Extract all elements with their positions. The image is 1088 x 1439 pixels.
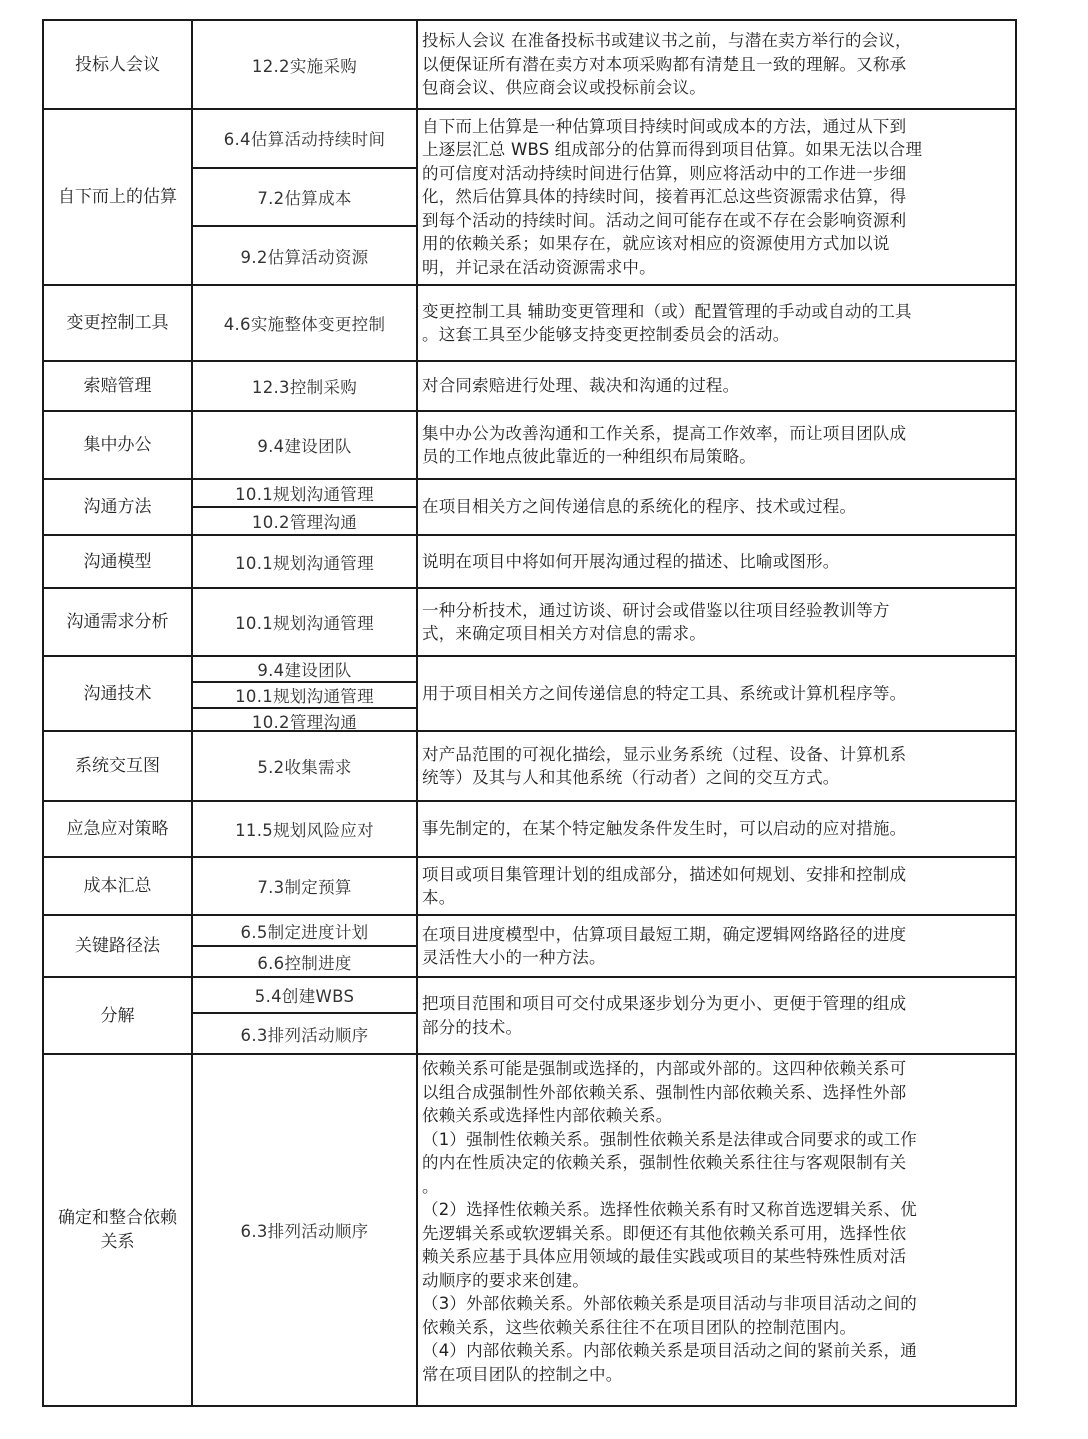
definition-text: 自下而上估算是一种估算项目持续时间或成本的方法，通过从下到 上逐层汇总 WBS … xyxy=(422,115,922,280)
term-cell: 投标人会议 xyxy=(44,21,193,108)
table-row: 确定和整合依赖 关系 6.3排列活动顺序 依赖关系可能是强制或选择的，内部或外部… xyxy=(44,1055,1015,1405)
table-row: 分解 5.4创建WBS 6.3排列活动顺序 把项目范围和项目可交付成果逐步划分为… xyxy=(44,978,1015,1055)
process-cell: 6.5制定进度计划 6.6控制进度 xyxy=(193,916,418,976)
table-row: 沟通方法 10.1规划沟通管理 10.2管理沟通 在项目相关方之间传递信息的系统… xyxy=(44,480,1015,536)
process-cell: 6.4估算活动持续时间 7.2估算成本 9.2估算活动资源 xyxy=(193,110,418,284)
definition-cell: 项目或项目集管理计划的组成部分，描述如何规划、安排和控制成 本。 xyxy=(418,858,1015,914)
table-row: 投标人会议 12.2实施采购 投标人会议 在准备投标书或建议书之前，与潜在卖方举… xyxy=(44,21,1015,110)
definition-cell: 集中办公为改善沟通和工作关系，提高工作效率，而让项目团队成 员的工作地点彼此靠近… xyxy=(418,412,1015,478)
term-cell: 沟通模型 xyxy=(44,536,193,587)
definition-cell: 在项目相关方之间传递信息的系统化的程序、技术或过程。 xyxy=(418,480,1015,534)
definition-cell: 说明在项目中将如何开展沟通过程的描述、比喻或图形。 xyxy=(418,536,1015,587)
process-item: 11.5规划风险应对 xyxy=(193,802,416,856)
process-item: 12.3控制采购 xyxy=(193,362,416,410)
process-item: 10.1规划沟通管理 xyxy=(193,536,416,587)
process-item: 9.4建设团队 xyxy=(193,657,416,683)
table-row: 沟通技术 9.4建设团队 10.1规划沟通管理 10.2管理沟通 用于项目相关方… xyxy=(44,657,1015,732)
process-cell: 7.3制定预算 xyxy=(193,858,418,914)
term-cell: 索赔管理 xyxy=(44,362,193,410)
term-cell: 沟通技术 xyxy=(44,657,193,730)
definition-cell: 对产品范围的可视化描绘，显示业务系统（过程、设备、计算机系 统等）及其与人和其他… xyxy=(418,732,1015,800)
process-item: 10.1规划沟通管理 xyxy=(193,589,416,655)
process-item: 6.3排列活动顺序 xyxy=(193,1055,416,1405)
term-cell: 分解 xyxy=(44,978,193,1053)
process-item: 12.2实施采购 xyxy=(193,21,416,108)
table-row: 沟通模型 10.1规划沟通管理 说明在项目中将如何开展沟通过程的描述、比喻或图形… xyxy=(44,536,1015,589)
definition-cell: 依赖关系可能是强制或选择的，内部或外部的。这四种依赖关系可 以组合成强制性外部依… xyxy=(418,1055,1015,1405)
definition-text: 一种分析技术，通过访谈、研讨会或借鉴以往项目经验教训等方 式，来确定项目相关方对… xyxy=(422,599,890,646)
definition-text: 项目或项目集管理计划的组成部分，描述如何规划、安排和控制成 本。 xyxy=(422,863,906,910)
process-cell: 10.1规划沟通管理 xyxy=(193,536,418,587)
process-cell: 9.4建设团队 10.1规划沟通管理 10.2管理沟通 xyxy=(193,657,418,730)
process-item: 5.2收集需求 xyxy=(193,732,416,800)
process-item: 10.2管理沟通 xyxy=(193,508,416,534)
table-row: 沟通需求分析 10.1规划沟通管理 一种分析技术，通过访谈、研讨会或借鉴以往项目… xyxy=(44,589,1015,657)
definition-text: 依赖关系可能是强制或选择的，内部或外部的。这四种依赖关系可 以组合成强制性外部依… xyxy=(422,1057,917,1386)
process-cell: 9.4建设团队 xyxy=(193,412,418,478)
process-item: 4.6实施整体变更控制 xyxy=(193,286,416,360)
term-cell: 沟通方法 xyxy=(44,480,193,534)
process-cell: 10.1规划沟通管理 10.2管理沟通 xyxy=(193,480,418,534)
term-cell: 成本汇总 xyxy=(44,858,193,914)
process-item: 6.6控制进度 xyxy=(193,947,416,976)
term-cell: 系统交互图 xyxy=(44,732,193,800)
definition-text: 在项目相关方之间传递信息的系统化的程序、技术或过程。 xyxy=(422,495,856,519)
table-row: 系统交互图 5.2收集需求 对产品范围的可视化描绘，显示业务系统（过程、设备、计… xyxy=(44,732,1015,802)
definition-cell: 用于项目相关方之间传递信息的特定工具、系统或计算机程序等。 xyxy=(418,657,1015,730)
term-cell: 变更控制工具 xyxy=(44,286,193,360)
definition-cell: 自下而上估算是一种估算项目持续时间或成本的方法，通过从下到 上逐层汇总 WBS … xyxy=(418,110,1015,284)
term-cell: 应急应对策略 xyxy=(44,802,193,856)
table-row: 索赔管理 12.3控制采购 对合同索赔进行处理、裁决和沟通的过程。 xyxy=(44,362,1015,412)
definition-cell: 把项目范围和项目可交付成果逐步划分为更小、更便于管理的组成 部分的技术。 xyxy=(418,978,1015,1053)
term-cell: 集中办公 xyxy=(44,412,193,478)
term-cell: 关键路径法 xyxy=(44,916,193,976)
process-item: 9.4建设团队 xyxy=(193,412,416,478)
process-cell: 12.2实施采购 xyxy=(193,21,418,108)
process-cell: 11.5规划风险应对 xyxy=(193,802,418,856)
table-row: 关键路径法 6.5制定进度计划 6.6控制进度 在项目进度模型中，估算项目最短工… xyxy=(44,916,1015,978)
table-row: 集中办公 9.4建设团队 集中办公为改善沟通和工作关系，提高工作效率，而让项目团… xyxy=(44,412,1015,480)
definition-cell: 一种分析技术，通过访谈、研讨会或借鉴以往项目经验教训等方 式，来确定项目相关方对… xyxy=(418,589,1015,655)
process-item: 10.1规划沟通管理 xyxy=(193,683,416,709)
definition-cell: 变更控制工具 辅助变更管理和（或）配置管理的手动或自动的工具 。这套工具至少能够… xyxy=(418,286,1015,360)
table-row: 成本汇总 7.3制定预算 项目或项目集管理计划的组成部分，描述如何规划、安排和控… xyxy=(44,858,1015,916)
process-cell: 6.3排列活动顺序 xyxy=(193,1055,418,1405)
definition-text: 对产品范围的可视化描绘，显示业务系统（过程、设备、计算机系 统等）及其与人和其他… xyxy=(422,743,906,790)
definition-cell: 投标人会议 在准备投标书或建议书之前，与潜在卖方举行的会议， 以便保证所有潜在卖… xyxy=(418,21,1015,108)
process-item: 10.2管理沟通 xyxy=(193,709,416,733)
table-row: 变更控制工具 4.6实施整体变更控制 变更控制工具 辅助变更管理和（或）配置管理… xyxy=(44,286,1015,362)
process-item: 7.3制定预算 xyxy=(193,858,416,914)
definition-cell: 事先制定的，在某个特定触发条件发生时，可以启动的应对措施。 xyxy=(418,802,1015,856)
table-row: 自下而上的估算 6.4估算活动持续时间 7.2估算成本 9.2估算活动资源 自下… xyxy=(44,110,1015,286)
definition-text: 对合同索赔进行处理、裁决和沟通的过程。 xyxy=(422,374,739,398)
process-cell: 12.3控制采购 xyxy=(193,362,418,410)
definition-cell: 在项目进度模型中，估算项目最短工期，确定逻辑网络路径的进度 灵活性大小的一种方法… xyxy=(418,916,1015,976)
table-row: 应急应对策略 11.5规划风险应对 事先制定的，在某个特定触发条件发生时，可以启… xyxy=(44,802,1015,858)
definition-text: 用于项目相关方之间传递信息的特定工具、系统或计算机程序等。 xyxy=(422,682,906,706)
term-cell: 自下而上的估算 xyxy=(44,110,193,284)
process-item: 7.2估算成本 xyxy=(193,169,416,228)
process-item: 10.1规划沟通管理 xyxy=(193,480,416,508)
definition-text: 投标人会议 在准备投标书或建议书之前，与潜在卖方举行的会议， 以便保证所有潜在卖… xyxy=(422,29,912,100)
definition-text: 集中办公为改善沟通和工作关系，提高工作效率，而让项目团队成 员的工作地点彼此靠近… xyxy=(422,422,906,469)
definition-text: 事先制定的，在某个特定触发条件发生时，可以启动的应对措施。 xyxy=(422,817,906,841)
definition-text: 变更控制工具 辅助变更管理和（或）配置管理的手动或自动的工具 。这套工具至少能够… xyxy=(422,300,912,347)
process-cell: 10.1规划沟通管理 xyxy=(193,589,418,655)
definition-text: 说明在项目中将如何开展沟通过程的描述、比喻或图形。 xyxy=(422,550,840,574)
process-item: 6.4估算活动持续时间 xyxy=(193,110,416,169)
process-cell: 4.6实施整体变更控制 xyxy=(193,286,418,360)
process-cell: 5.2收集需求 xyxy=(193,732,418,800)
process-item: 6.3排列活动顺序 xyxy=(193,1014,416,1053)
process-item: 5.4创建WBS xyxy=(193,978,416,1014)
term-cell: 沟通需求分析 xyxy=(44,589,193,655)
definition-text: 在项目进度模型中，估算项目最短工期，确定逻辑网络路径的进度 灵活性大小的一种方法… xyxy=(422,923,906,970)
definition-text: 把项目范围和项目可交付成果逐步划分为更小、更便于管理的组成 部分的技术。 xyxy=(422,992,906,1039)
process-item: 6.5制定进度计划 xyxy=(193,916,416,947)
term-cell: 确定和整合依赖 关系 xyxy=(44,1055,193,1405)
process-item: 9.2估算活动资源 xyxy=(193,227,416,284)
glossary-table: 投标人会议 12.2实施采购 投标人会议 在准备投标书或建议书之前，与潜在卖方举… xyxy=(42,19,1017,1407)
process-cell: 5.4创建WBS 6.3排列活动顺序 xyxy=(193,978,418,1053)
definition-cell: 对合同索赔进行处理、裁决和沟通的过程。 xyxy=(418,362,1015,410)
